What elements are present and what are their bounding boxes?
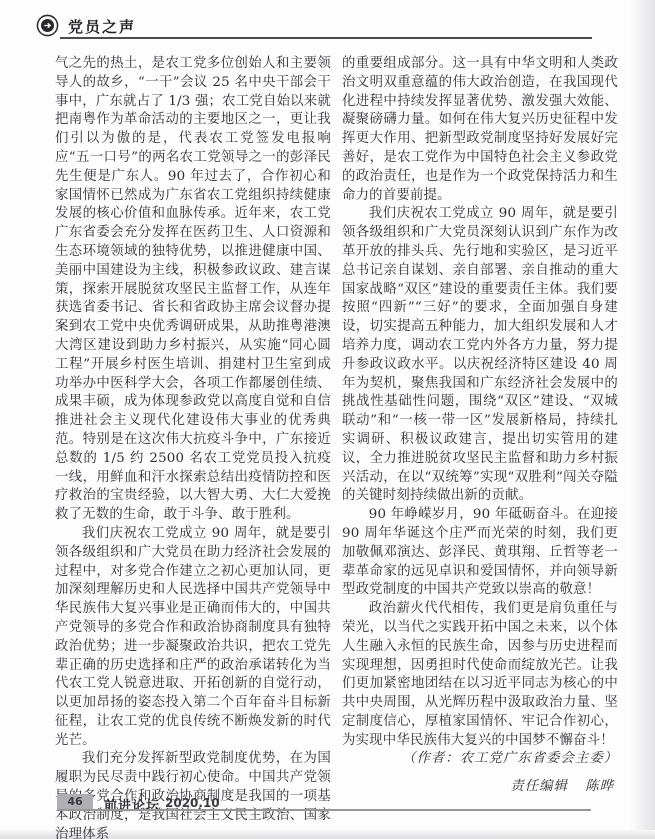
editor-label: 责任编辑 [510,779,568,794]
paragraph: 政治薪火代代相传，我们更是肩负重任与荣光，以当代之实践开拓中国之未来，以个体人生… [342,600,618,750]
editor-credit: 责任编辑 陈晔 [342,778,618,797]
section-title: 党员之声 [68,16,136,37]
paragraph: 我们庆祝农工党成立 90 周年，就是要引领各级组织和广大党员深刻认识到广东作为改… [342,205,618,506]
scan-edge-right [631,0,655,839]
editor-name: 陈晔 [585,779,614,794]
paragraph: 我们庆祝农工党成立 90 周年，就是要引领各级组织和广大党员在助力经济社会发展的… [55,525,331,751]
paragraph: 90 年峥嵘岁月，90 年砥砺奋斗。在迎接 90 周年华诞这个庄严而光荣的时刻，… [342,506,618,600]
circled-arrow-icon [36,14,59,37]
paragraph: 的重要组成部分。这一具有中华文明和人类政治文明双重意蕴的伟大政治创造，在我国现代… [342,55,618,205]
article-column-right: 的重要组成部分。这一具有中华文明和人类政治文明双重意蕴的伟大政治创造，在我国现代… [342,55,618,797]
page-number: 46 [57,794,93,810]
issue-number: 2020.10 [165,796,220,810]
article-column-left: 气之先的热土，是农工党多位创始人和主要领导人的故乡，“一干”会议 25 名中央干… [55,55,331,839]
footer-rule [57,809,591,811]
paragraph: 我们充分发挥新型政党制度优势，在为国履职为民尽责中践行初心使命。中国共产党领导的… [55,750,331,839]
journal-name: 前进论坛 [104,795,160,814]
header-rule [60,37,592,39]
paragraph: 气之先的热土，是农工党多位创始人和主要领导人的故乡，“一干”会议 25 名中央干… [55,55,331,525]
author-attribution: （作者：农工党广东省委会主委） [342,750,618,769]
